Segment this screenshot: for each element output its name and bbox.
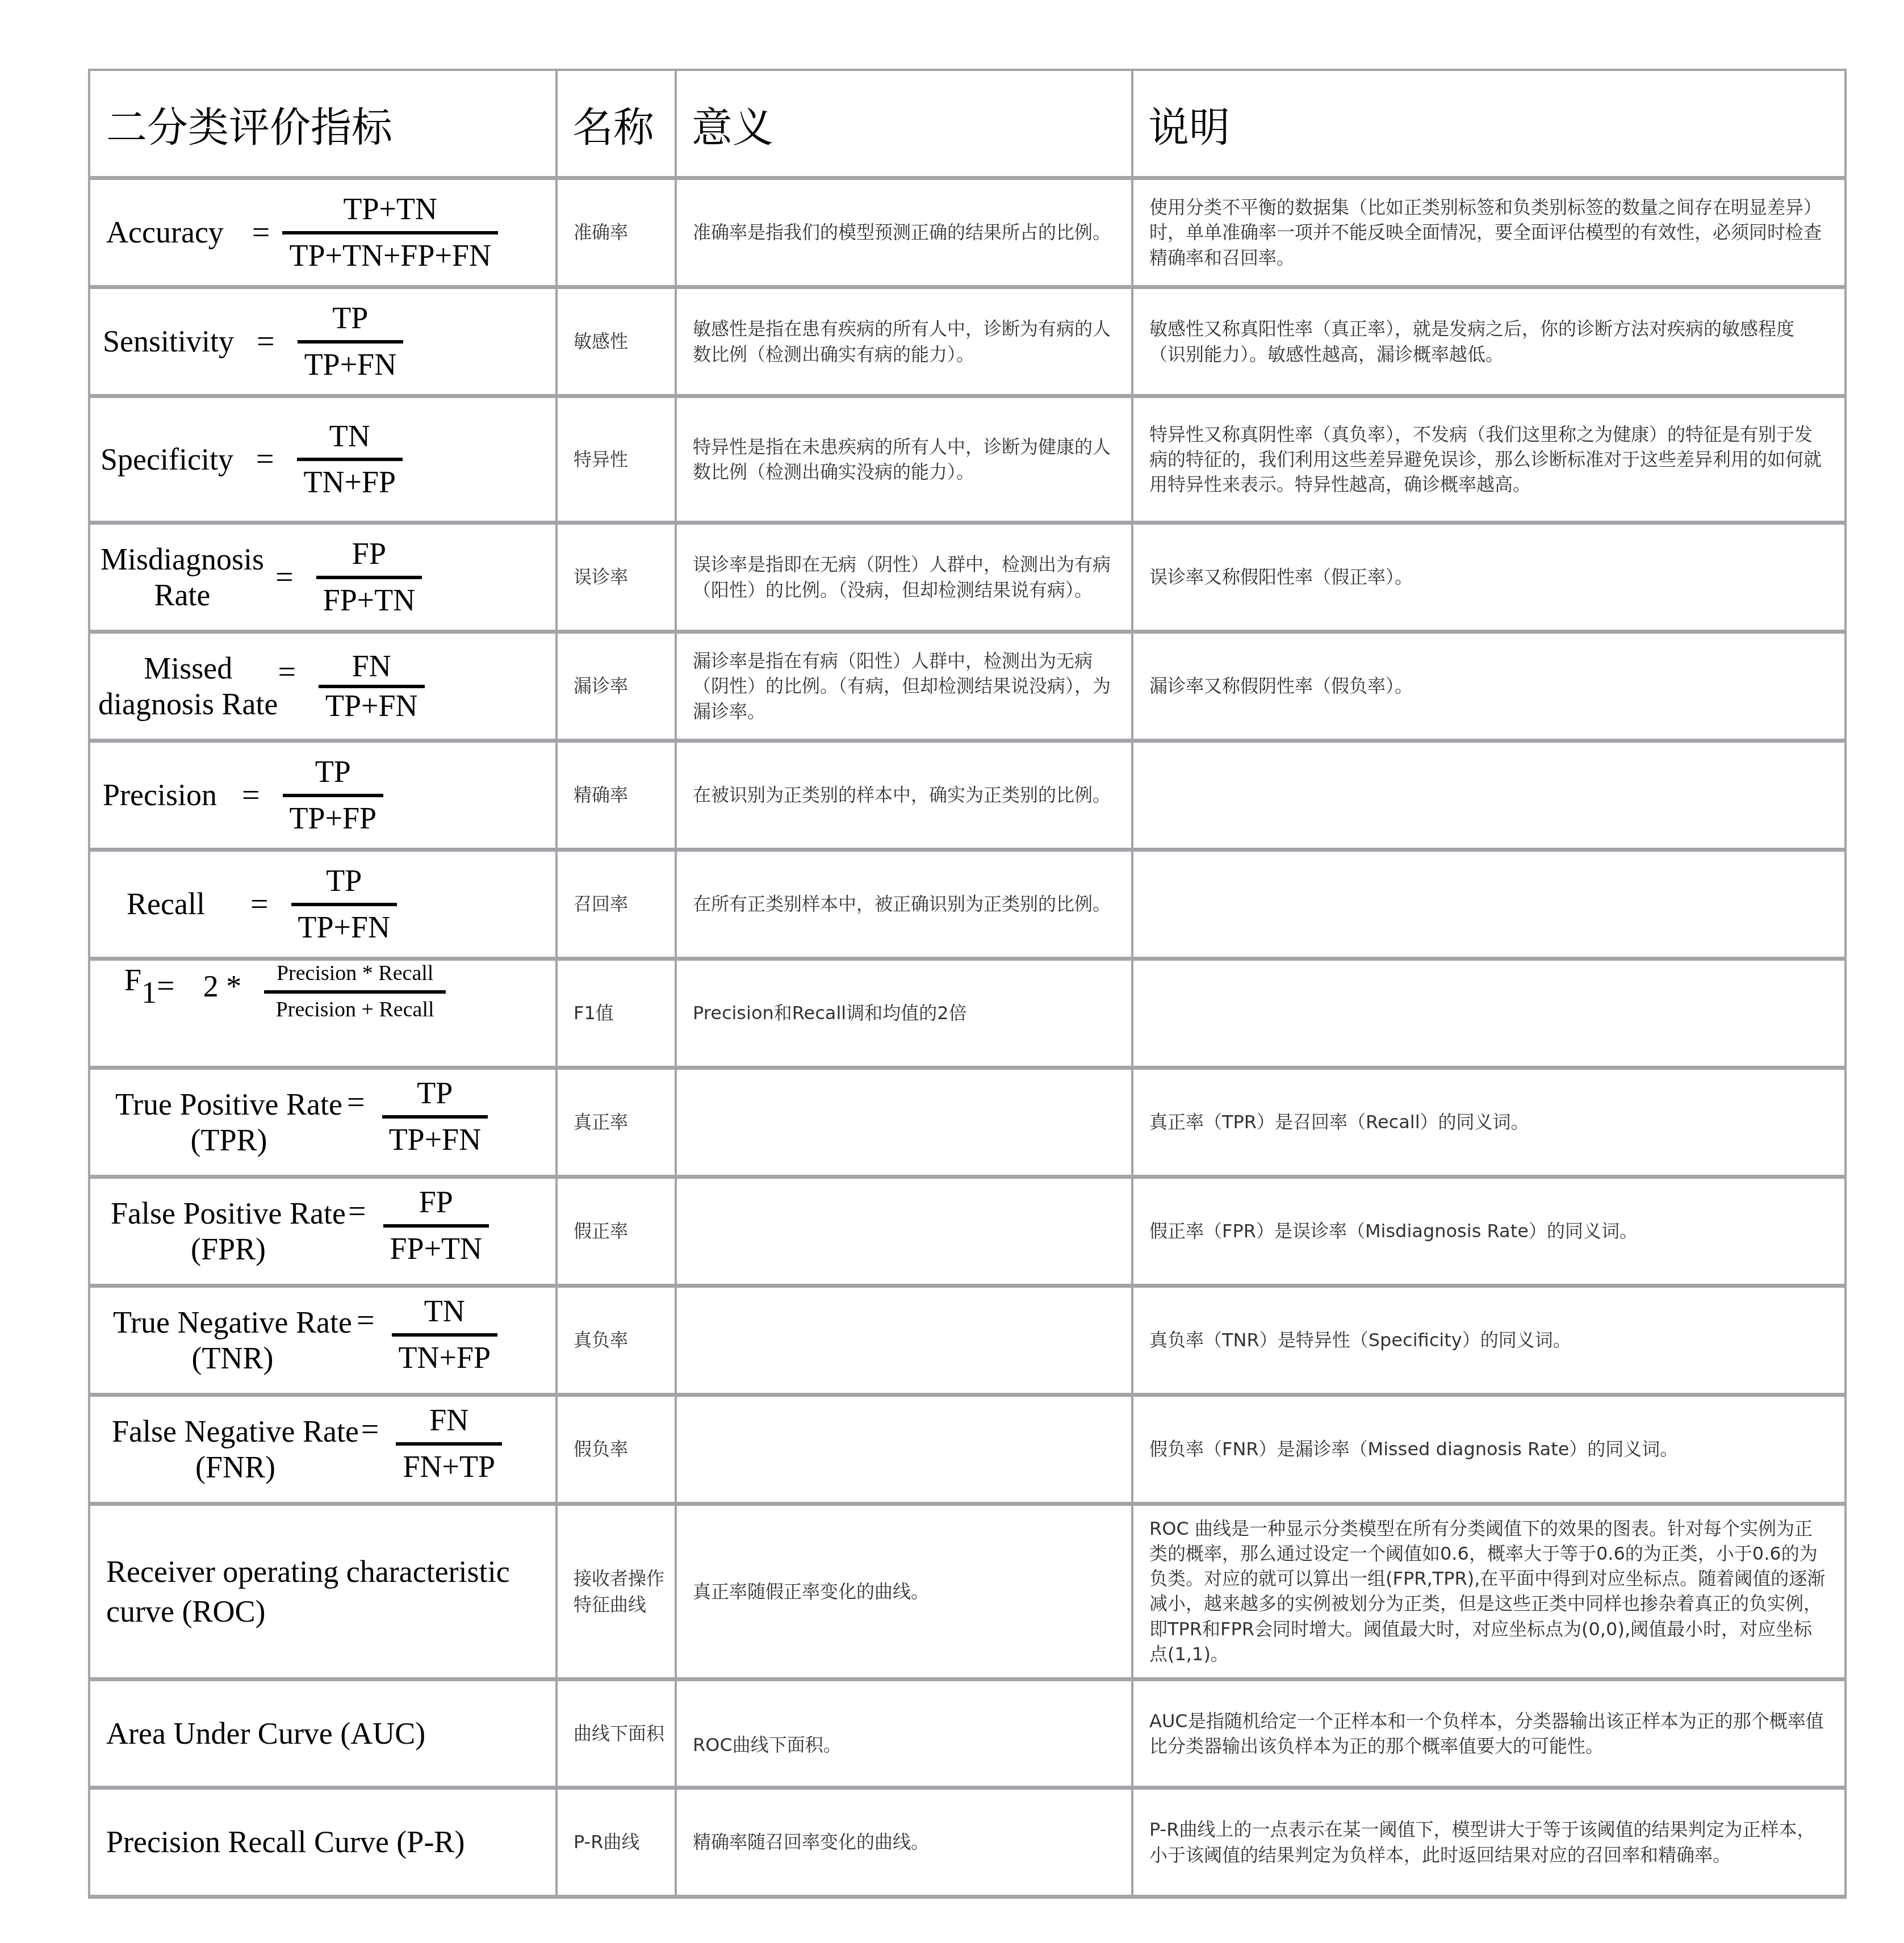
- equals-sign: =: [252, 215, 270, 251]
- fraction: FN FN+TP: [396, 1404, 502, 1484]
- numerator: FN: [422, 1404, 475, 1437]
- metric-meaning: 在所有正类别样本中，被正确识别为正类别的比例。: [676, 850, 1132, 959]
- denominator: TP+FP: [283, 802, 384, 835]
- equals-sign: =: [361, 1412, 379, 1448]
- denominator: TP+FN: [382, 1123, 488, 1157]
- formula-cell: Accuracy = TP+TN TP+TN+FP+FN: [89, 178, 556, 287]
- equals-sign: =: [357, 1303, 375, 1339]
- header-meaning: 意义: [676, 70, 1132, 178]
- metric-name: 曲线下面积: [556, 1680, 676, 1788]
- formula-cell: Recall = TP TP+FN: [89, 850, 556, 959]
- fraction-bar: [264, 990, 446, 994]
- metric-note: 漏诊率又称假阴性率（假负率）。: [1132, 632, 1846, 741]
- formula-cell: Misdiagnosis Rate = FP FP+TN: [89, 523, 556, 632]
- fraction: TN TN+FP: [392, 1295, 498, 1375]
- numerator: TP: [410, 1077, 459, 1110]
- metric-name: 召回率: [556, 850, 676, 959]
- header-metric: 二分类评价指标: [89, 70, 556, 178]
- coefficient: 2 *: [203, 969, 242, 1004]
- metric-meaning: [676, 1177, 1132, 1286]
- metric-note: 使用分类不平衡的数据集（比如正类别标签和负类别标签的数量之间存在明显差异）时，单…: [1132, 178, 1846, 287]
- formula-cell: Precision = TP TP+FP: [89, 741, 556, 850]
- numerator: TP: [308, 755, 358, 789]
- formula-lhs: Sensitivity: [103, 324, 234, 359]
- metric-name: P-R曲线: [556, 1788, 676, 1897]
- metric-meaning: 误诊率是指即在无病（阴性）人群中，检测出为有病（阳性）的比例。（没病，但却检测结…: [676, 523, 1132, 632]
- binary-classification-metrics-table: 二分类评价指标 名称 意义 说明 Accuracy = TP+TN TP+TN+…: [88, 69, 1847, 1899]
- fraction-bar: [383, 1224, 489, 1228]
- metric-meaning: 真正率随假正率变化的曲线。: [676, 1504, 1132, 1680]
- equals-sign: =: [157, 968, 175, 1004]
- numerator: FN: [345, 650, 398, 683]
- fraction-bar: [282, 231, 497, 235]
- fraction-bar: [392, 1333, 498, 1337]
- row-missed-diagnosis-rate: Missed diagnosis Rate = FN TP+FN 漏诊率 漏诊率…: [89, 632, 1846, 741]
- numerator: Precision * Recall: [270, 962, 440, 986]
- row-tnr: True Negative Rate (TNR) = TN TN+FP 真负率 …: [89, 1286, 1846, 1395]
- metric-note: [1132, 959, 1846, 1068]
- fraction: TP TP+FP: [283, 755, 384, 835]
- metric-meaning: [676, 1286, 1132, 1395]
- denominator: TN+FP: [392, 1341, 498, 1375]
- fraction-bar: [298, 340, 404, 344]
- fraction-bar: [283, 794, 384, 797]
- row-roc: Receiver operating characteristic curve …: [89, 1504, 1846, 1680]
- metric-name: F1值: [556, 959, 676, 1068]
- numerator: TP: [325, 301, 375, 335]
- formula-cell: Specificity = TN TN+FP: [89, 396, 556, 523]
- header-row: 二分类评价指标 名称 意义 说明: [89, 70, 1846, 178]
- metric-meaning: 准确率是指我们的模型预测正确的结果所占的比例。: [676, 178, 1132, 287]
- equals-sign: =: [257, 324, 275, 360]
- metric-note: P-R曲线上的一点表示在某一阈值下，模型讲大于等于该阈值的结果判定为正样本，小于…: [1132, 1788, 1846, 1897]
- metric-note: 特异性又称真阴性率（真负率），不发病（我们这里称之为健康）的特征是有别于发病的特…: [1132, 396, 1846, 523]
- equals-sign: =: [256, 441, 274, 478]
- formula-lhs: Specificity: [101, 442, 233, 477]
- metric-note: ROC 曲线是一种显示分类模型在所有分类阈值下的效果的图表。针对每个实例为正类的…: [1132, 1504, 1846, 1680]
- metric-name: 假负率: [556, 1395, 676, 1504]
- formula-lhs: Accuracy: [106, 215, 224, 250]
- fraction-bar: [396, 1442, 502, 1446]
- denominator: TP+FN: [291, 911, 397, 944]
- formula-lhs: Misdiagnosis Rate: [101, 542, 264, 612]
- metric-title: Area Under Curve (AUC): [89, 1680, 556, 1788]
- fraction: FP FP+TN: [383, 1186, 489, 1266]
- metric-meaning: [676, 1068, 1132, 1177]
- metric-name: 敏感性: [556, 287, 676, 396]
- metric-meaning: 在被识别为正类别的样本中，确实为正类别的比例。: [676, 741, 1132, 850]
- denominator: TP+FN: [298, 348, 404, 382]
- denominator: TP+FN: [319, 689, 425, 723]
- metric-note: AUC是指随机给定一个正样本和一个负样本，分类器输出该正样本为正的那个概率值比分…: [1132, 1680, 1846, 1788]
- formula-cell: False Negative Rate (FNR) = FN FN+TP: [89, 1395, 556, 1504]
- row-accuracy: Accuracy = TP+TN TP+TN+FP+FN 准确率 准确率是指我们…: [89, 178, 1846, 287]
- formula-lhs: F1: [124, 962, 157, 1010]
- header-name: 名称: [556, 70, 676, 178]
- metric-meaning: 敏感性是指在患有疾病的所有人中，诊断为有病的人数比例（检测出确实有病的能力）。: [676, 287, 1132, 396]
- fraction: TP TP+FN: [298, 301, 404, 382]
- row-sensitivity: Sensitivity = TP TP+FN 敏感性 敏感性是指在患有疾病的所有…: [89, 287, 1846, 396]
- fraction: Precision * Recall Precision + Recall: [264, 962, 446, 1022]
- denominator: TN+FP: [297, 466, 403, 499]
- row-f1: F1 = 2 * Precision * Recall Precision + …: [89, 959, 1846, 1068]
- denominator: TP+TN+FP+FN: [282, 239, 497, 273]
- formula-lhs: True Negative Rate (TNR): [113, 1305, 352, 1375]
- equals-sign: =: [278, 654, 296, 690]
- row-precision: Precision = TP TP+FP 精确率 在被识别为正类别的样本中，确实…: [89, 741, 1846, 850]
- denominator: Precision + Recall: [269, 998, 441, 1022]
- equals-sign: =: [250, 886, 269, 923]
- metric-name: 接收者操作特征曲线: [556, 1504, 676, 1680]
- fraction: TP TP+FN: [291, 864, 397, 944]
- formula-lhs: False Positive Rate (FPR): [111, 1196, 346, 1266]
- metric-name: 特异性: [556, 396, 676, 523]
- fraction-bar: [316, 576, 422, 579]
- metric-meaning: Precision和Recall调和均值的2倍: [676, 959, 1132, 1068]
- numerator: TN: [323, 420, 377, 453]
- row-misdiagnosis-rate: Misdiagnosis Rate = FP FP+TN 误诊率 误诊率是指即在…: [89, 523, 1846, 632]
- metric-note: 误诊率又称假阳性率（假正率）。: [1132, 523, 1846, 632]
- denominator: FP+TN: [316, 584, 422, 617]
- equals-sign: =: [347, 1084, 365, 1121]
- numerator: TP+TN: [336, 192, 443, 226]
- row-fnr: False Negative Rate (FNR) = FN FN+TP 假负率…: [89, 1395, 1846, 1504]
- metric-name: 误诊率: [556, 523, 676, 632]
- formula-lhs: Recall: [127, 886, 205, 922]
- fraction: FN TP+FN: [319, 650, 425, 723]
- row-tpr: True Positive Rate (TPR) = TP TP+FN 真正率 …: [89, 1068, 1846, 1177]
- formula-cell: True Positive Rate (TPR) = TP TP+FN: [89, 1068, 556, 1177]
- metric-note: 假负率（FNR）是漏诊率（Missed diagnosis Rate）的同义词。: [1132, 1395, 1846, 1504]
- denominator: FN+TP: [396, 1450, 502, 1484]
- metric-meaning: 特异性是指在未患疾病的所有人中，诊断为健康的人数比例（检测出确实没病的能力）。: [676, 396, 1132, 523]
- equals-sign: =: [242, 777, 260, 814]
- row-recall: Recall = TP TP+FN 召回率 在所有正类别样本中，被正确识别为正类…: [89, 850, 1846, 959]
- formula-lhs: Missed diagnosis Rate: [98, 651, 278, 721]
- metric-meaning: 精确率随召回率变化的曲线。: [676, 1788, 1132, 1897]
- metric-note: 敏感性又称真阳性率（真正率），就是发病之后，你的诊断方法对疾病的敏感程度（识别能…: [1132, 287, 1846, 396]
- numerator: FP: [345, 537, 393, 571]
- metric-note: [1132, 850, 1846, 959]
- formula-cell: F1 = 2 * Precision * Recall Precision + …: [89, 959, 556, 1068]
- row-specificity: Specificity = TN TN+FP 特异性 特异性是指在未患疾病的所有…: [89, 396, 1846, 523]
- metric-name: 真正率: [556, 1068, 676, 1177]
- numerator: TP: [319, 864, 369, 898]
- numerator: TN: [417, 1295, 472, 1328]
- fraction-bar: [319, 685, 425, 688]
- row-pr-curve: Precision Recall Curve (P-R) P-R曲线 精确率随召…: [89, 1788, 1846, 1897]
- fraction: TP TP+FN: [382, 1077, 488, 1157]
- metric-name: 假正率: [556, 1177, 676, 1286]
- metric-meaning: ROC曲线下面积。: [676, 1680, 1132, 1788]
- formula-cell: True Negative Rate (TNR) = TN TN+FP: [89, 1286, 556, 1395]
- metric-title: Precision Recall Curve (P-R): [89, 1788, 556, 1897]
- metric-name: 精确率: [556, 741, 676, 850]
- fraction-bar: [297, 458, 403, 461]
- fraction: TP+TN TP+TN+FP+FN: [282, 192, 497, 273]
- metric-title: Receiver operating characteristic curve …: [89, 1504, 556, 1680]
- metric-meaning: 漏诊率是指在有病（阳性）人群中，检测出为无病（阴性）的比例。（有病，但却检测结果…: [676, 632, 1132, 741]
- metric-note: 真负率（TNR）是特异性（Specificity）的同义词。: [1132, 1286, 1846, 1395]
- metric-meaning: [676, 1395, 1132, 1504]
- row-auc: Area Under Curve (AUC) 曲线下面积 ROC曲线下面积。 A…: [89, 1680, 1846, 1788]
- formula-cell: Sensitivity = TP TP+FN: [89, 287, 556, 396]
- formula-lhs: False Negative Rate (FNR): [112, 1414, 359, 1484]
- formula-cell: False Positive Rate (FPR) = FP FP+TN: [89, 1177, 556, 1286]
- fraction-bar: [382, 1115, 488, 1119]
- numerator: FP: [412, 1186, 460, 1219]
- metric-note: 真正率（TPR）是召回率（Recall）的同义词。: [1132, 1068, 1846, 1177]
- metric-note: [1132, 741, 1846, 850]
- formula-cell: Missed diagnosis Rate = FN TP+FN: [89, 632, 556, 741]
- fraction-bar: [291, 903, 397, 906]
- metric-note: 假正率（FPR）是误诊率（Misdiagnosis Rate）的同义词。: [1132, 1177, 1846, 1286]
- equals-sign: =: [275, 559, 294, 596]
- metric-name: 真负率: [556, 1286, 676, 1395]
- formula-lhs: True Positive Rate (TPR): [115, 1087, 342, 1157]
- equals-sign: =: [348, 1194, 366, 1230]
- metric-name: 漏诊率: [556, 632, 676, 741]
- header-note: 说明: [1132, 70, 1846, 178]
- metric-name: 准确率: [556, 178, 676, 287]
- formula-lhs: Precision: [103, 777, 217, 813]
- denominator: FP+TN: [383, 1232, 489, 1266]
- row-fpr: False Positive Rate (FPR) = FP FP+TN 假正率…: [89, 1177, 1846, 1286]
- fraction: FP FP+TN: [316, 537, 422, 617]
- fraction: TN TN+FP: [297, 420, 403, 500]
